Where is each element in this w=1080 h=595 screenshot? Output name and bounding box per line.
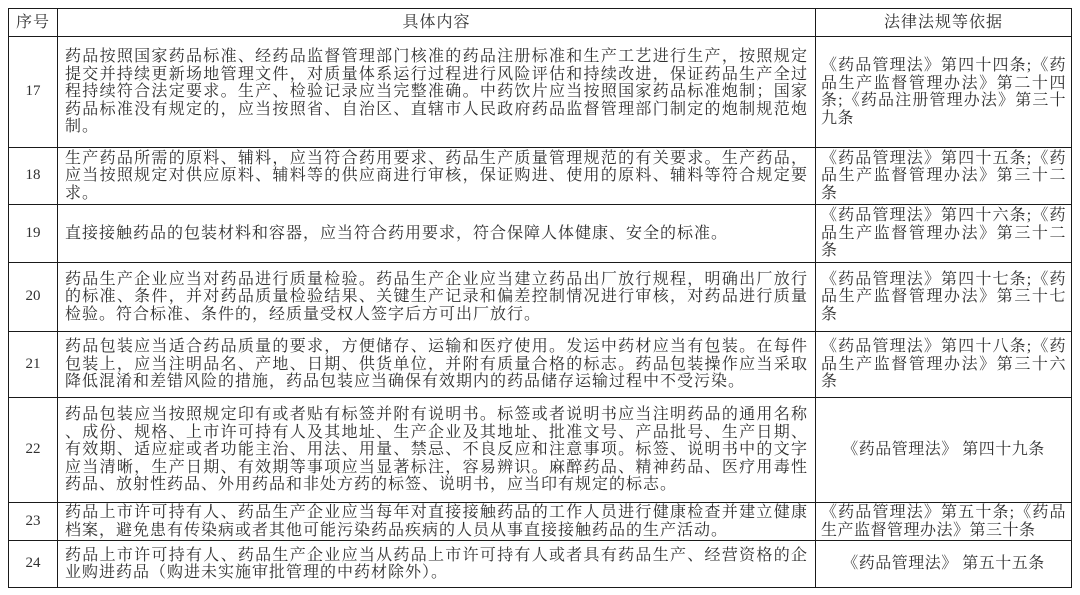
regulation-table: 序号 具体内容 法律法规等依据 17 药品按照国家药品标准、经药品监督管理部门核… xyxy=(8,8,1072,588)
content-cell: 药品包装应当按照规定印有或者贴有标签并附有说明书。标签或者说明书应当注明药品的通… xyxy=(58,398,816,503)
table-row: 17 药品按照国家药品标准、经药品监督管理部门核准的药品注册标准和生产工艺进行生… xyxy=(9,37,1072,148)
header-basis: 法律法规等依据 xyxy=(816,9,1072,37)
basis-cell: 《药品管理法》第四十七条;《药品生产监督管理办法》第三十七条 xyxy=(816,263,1072,332)
content-cell: 药品按照国家药品标准、经药品监督管理部门核准的药品注册标准和生产工艺进行生产，按… xyxy=(58,37,816,148)
row-number-cell: 22 xyxy=(9,398,58,503)
table-row: 22 药品包装应当按照规定印有或者贴有标签并附有说明书。标签或者说明书应当注明药… xyxy=(9,398,1072,503)
header-content: 具体内容 xyxy=(58,9,816,37)
basis-cell: 《药品管理法》 第四十九条 xyxy=(816,398,1072,503)
row-number-cell: 24 xyxy=(9,541,58,588)
basis-cell: 《药品管理法》第四十五条;《药品生产监督管理办法》第三十二条 xyxy=(816,148,1072,205)
content-cell: 直接接触药品的包装材料和容器，应当符合药用要求，符合保障人体健康、安全的标准。 xyxy=(58,205,816,263)
table-row: 19 直接接触药品的包装材料和容器，应当符合药用要求，符合保障人体健康、安全的标… xyxy=(9,205,1072,263)
basis-cell: 《药品管理法》第五十条;《药品生产监督管理办法》第三十条 xyxy=(816,503,1072,541)
row-number-cell: 20 xyxy=(9,263,58,332)
basis-cell: 《药品管理法》第四十六条;《药品生产监督管理办法》第三十二条 xyxy=(816,205,1072,263)
basis-cell: 《药品管理法》第四十四条;《药品生产监督管理办法》第二十四条;《药品注册管理办法… xyxy=(816,37,1072,148)
header-no: 序号 xyxy=(9,9,58,37)
table-row: 23 药品上市许可持有人、药品生产企业应当每年对直接接触药品的工作人员进行健康检… xyxy=(9,503,1072,541)
table-row: 18 生产药品所需的原料、辅料，应当符合药用要求、药品生产质量管理规范的有关要求… xyxy=(9,148,1072,205)
content-cell: 药品上市许可持有人、药品生产企业应当从药品上市许可持有人或者具有药品生产、经营资… xyxy=(58,541,816,588)
basis-cell: 《药品管理法》第四十八条;《药品生产监督管理办法》第三十六条 xyxy=(816,332,1072,398)
basis-cell: 《药品管理法》 第五十五条 xyxy=(816,541,1072,588)
row-number-cell: 23 xyxy=(9,503,58,541)
row-number-cell: 19 xyxy=(9,205,58,263)
row-number-cell: 17 xyxy=(9,37,58,148)
row-number-cell: 21 xyxy=(9,332,58,398)
header-row: 序号 具体内容 法律法规等依据 xyxy=(9,9,1072,37)
content-cell: 药品生产企业应当对药品进行质量检验。药品生产企业应当建立药品出厂放行规程，明确出… xyxy=(58,263,816,332)
row-number-cell: 18 xyxy=(9,148,58,205)
content-cell: 药品上市许可持有人、药品生产企业应当每年对直接接触药品的工作人员进行健康检查并建… xyxy=(58,503,816,541)
table-row: 20 药品生产企业应当对药品进行质量检验。药品生产企业应当建立药品出厂放行规程，… xyxy=(9,263,1072,332)
content-cell: 生产药品所需的原料、辅料，应当符合药用要求、药品生产质量管理规范的有关要求。生产… xyxy=(58,148,816,205)
table-row: 21 药品包装应当适合药品质量的要求，方便储存、运输和医疗使用。发运中药材应当有… xyxy=(9,332,1072,398)
page: 序号 具体内容 法律法规等依据 17 药品按照国家药品标准、经药品监督管理部门核… xyxy=(0,0,1080,595)
content-cell: 药品包装应当适合药品质量的要求，方便储存、运输和医疗使用。发运中药材应当有包装。… xyxy=(58,332,816,398)
table-row: 24 药品上市许可持有人、药品生产企业应当从药品上市许可持有人或者具有药品生产、… xyxy=(9,541,1072,588)
